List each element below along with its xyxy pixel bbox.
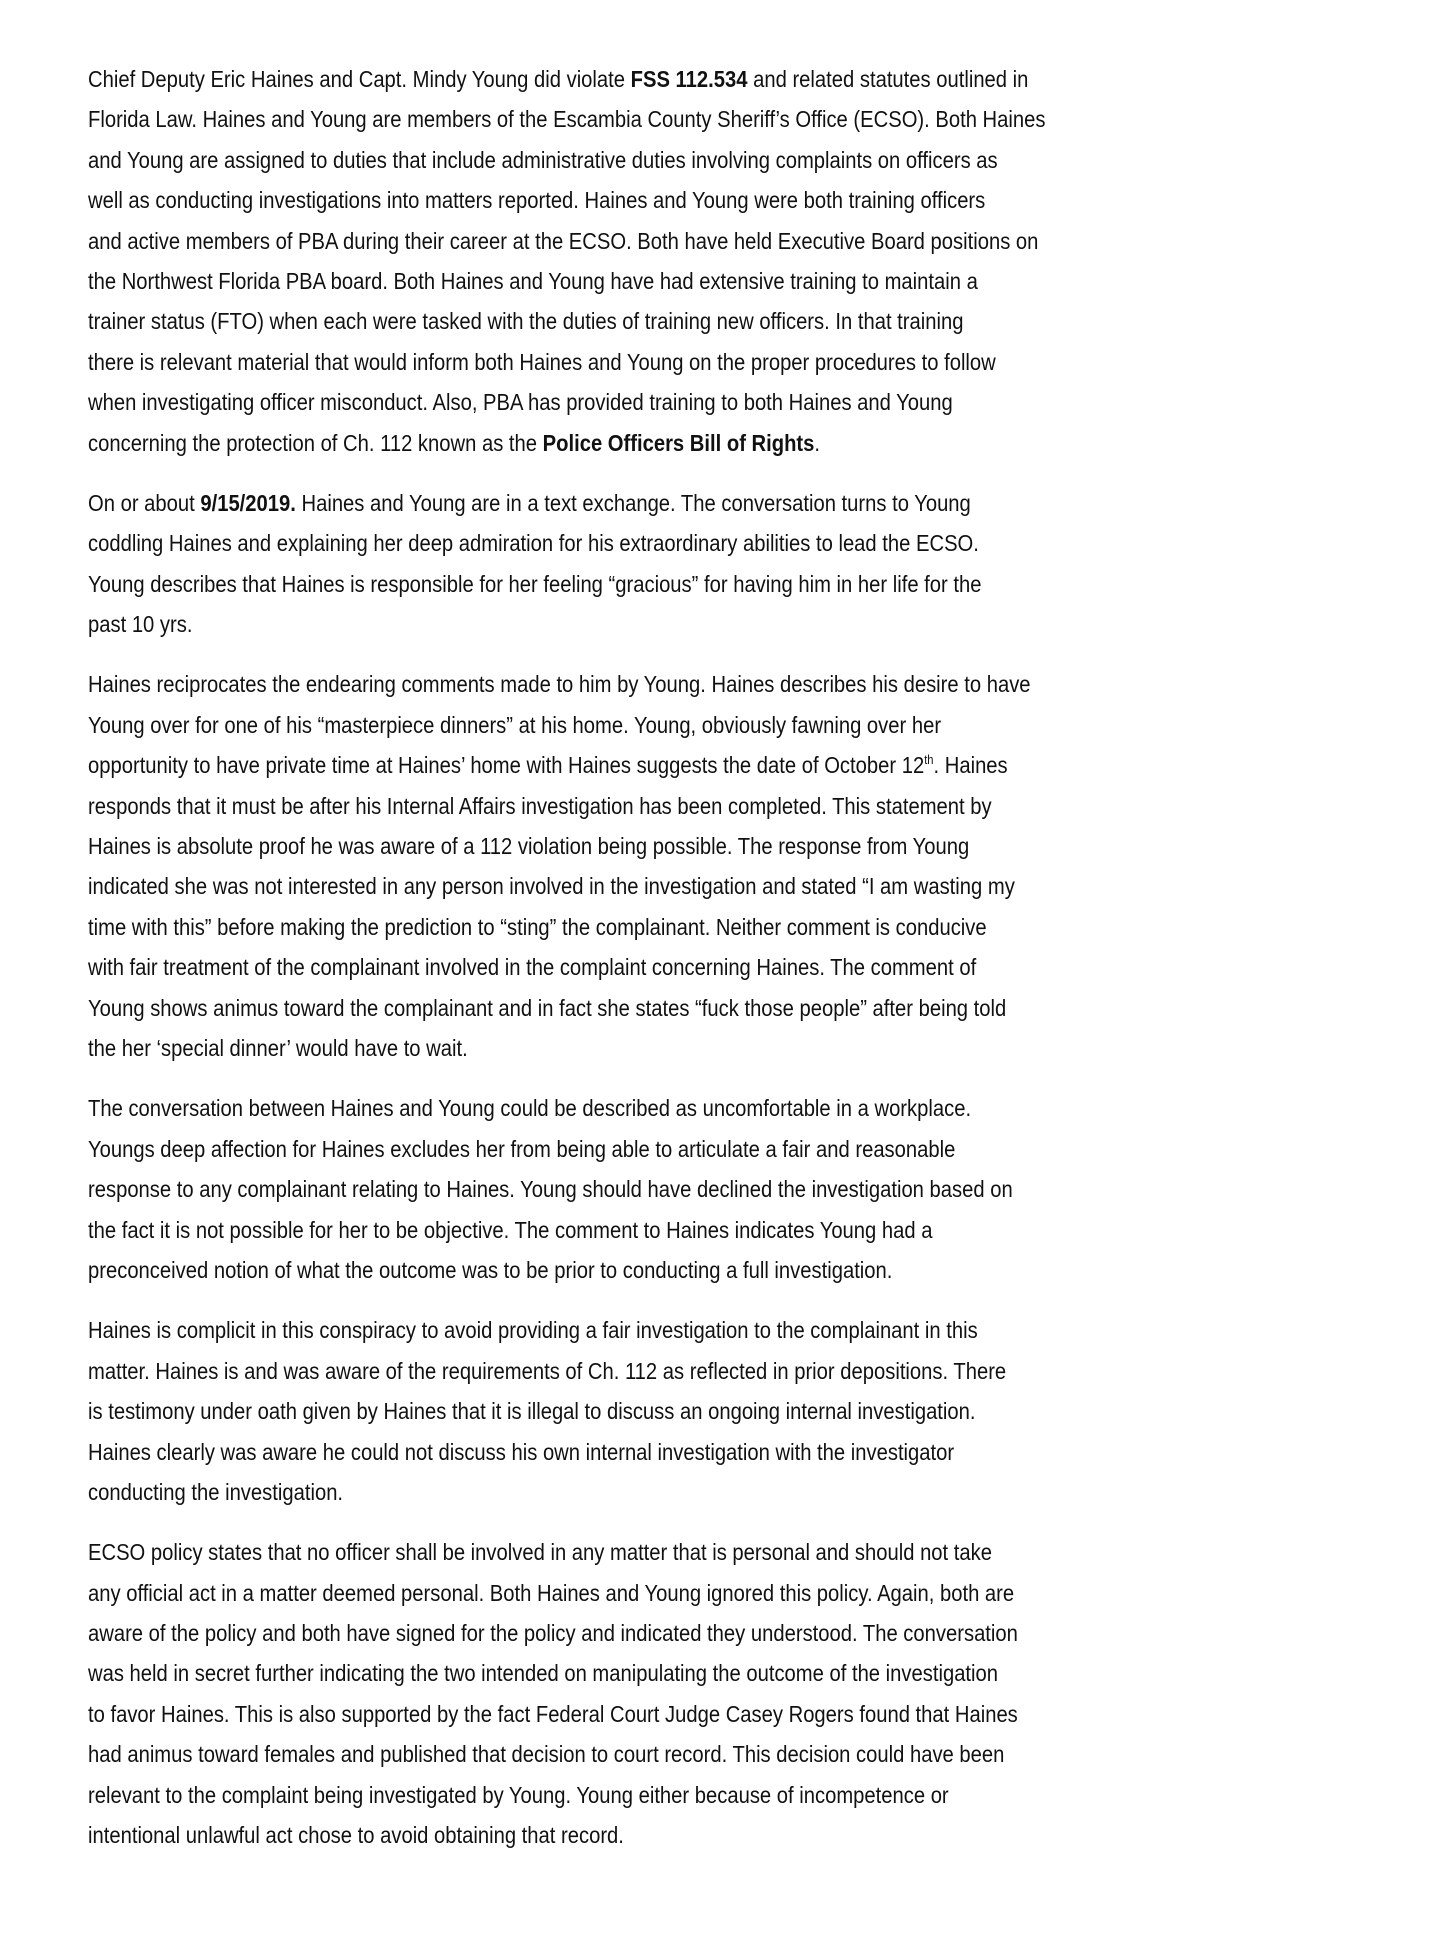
bold-text-run: Police Officers Bill of Rights — [543, 430, 815, 456]
text-line: Young describes that Haines is responsib… — [88, 564, 1223, 604]
text-run: Young over for one of his “masterpiece d… — [88, 712, 941, 738]
text-run: trainer status (FTO) when each were task… — [88, 308, 963, 334]
text-line: Chief Deputy Eric Haines and Capt. Mindy… — [88, 59, 1223, 99]
bold-text-run: 9/15/2019. — [200, 490, 296, 516]
text-line: opportunity to have private time at Hain… — [88, 745, 1223, 785]
text-run: is testimony under oath given by Haines … — [88, 1398, 976, 1424]
text-run: response to any complainant relating to … — [88, 1176, 1013, 1202]
text-line: the Northwest Florida PBA board. Both Ha… — [88, 261, 1223, 301]
text-line: ECSO policy states that no officer shall… — [88, 1532, 1223, 1572]
superscript-text: th — [924, 752, 933, 767]
text-line: Haines clearly was aware he could not di… — [88, 1432, 1223, 1472]
text-line: preconceived notion of what the outcome … — [88, 1250, 1223, 1290]
text-run: Chief Deputy Eric Haines and Capt. Mindy… — [88, 66, 631, 92]
text-line: any official act in a matter deemed pers… — [88, 1573, 1223, 1613]
text-line: coddling Haines and explaining her deep … — [88, 523, 1223, 563]
text-run: Florida Law. Haines and Young are member… — [88, 106, 1045, 132]
text-line: with fair treatment of the complainant i… — [88, 947, 1223, 987]
text-line: indicated she was not interested in any … — [88, 866, 1223, 906]
text-run: aware of the policy and both have signed… — [88, 1620, 1018, 1646]
text-line: the fact it is not possible for her to b… — [88, 1210, 1223, 1250]
text-line: the her ‘special dinner’ would have to w… — [88, 1028, 1223, 1068]
text-line: well as conducting investigations into m… — [88, 180, 1223, 220]
text-line: time with this” before making the predic… — [88, 907, 1223, 947]
text-line: had animus toward females and published … — [88, 1734, 1223, 1774]
text-line: response to any complainant relating to … — [88, 1169, 1223, 1209]
text-run: responds that it must be after his Inter… — [88, 793, 992, 819]
paragraph-4: The conversation between Haines and Youn… — [88, 1088, 1408, 1290]
text-run: Haines is complicit in this conspiracy t… — [88, 1317, 978, 1343]
paragraph-5: Haines is complicit in this conspiracy t… — [88, 1310, 1408, 1512]
text-run: was held in secret further indicating th… — [88, 1660, 998, 1686]
text-run: had animus toward females and published … — [88, 1741, 1004, 1767]
text-line: to favor Haines. This is also supported … — [88, 1694, 1223, 1734]
text-run: the her ‘special dinner’ would have to w… — [88, 1035, 468, 1061]
text-line: was held in secret further indicating th… — [88, 1653, 1223, 1693]
text-run: conducting the investigation. — [88, 1479, 343, 1505]
text-run: Youngs deep affection for Haines exclude… — [88, 1136, 955, 1162]
text-line: relevant to the complaint being investig… — [88, 1775, 1223, 1815]
paragraph-3: Haines reciprocates the endearing commen… — [88, 664, 1408, 1068]
text-line: Haines is absolute proof he was aware of… — [88, 826, 1223, 866]
text-run: when investigating officer misconduct. A… — [88, 389, 953, 415]
text-run: intentional unlawful act chose to avoid … — [88, 1822, 624, 1848]
text-line: Youngs deep affection for Haines exclude… — [88, 1129, 1223, 1169]
text-line: intentional unlawful act chose to avoid … — [88, 1815, 1223, 1855]
text-line: when investigating officer misconduct. A… — [88, 382, 1223, 422]
paragraph-6: ECSO policy states that no officer shall… — [88, 1532, 1408, 1855]
text-line: conducting the investigation. — [88, 1472, 1223, 1512]
text-run: relevant to the complaint being investig… — [88, 1782, 949, 1808]
text-line: Florida Law. Haines and Young are member… — [88, 99, 1223, 139]
text-run: Haines clearly was aware he could not di… — [88, 1439, 954, 1465]
text-line: past 10 yrs. — [88, 604, 1223, 644]
text-run: there is relevant material that would in… — [88, 349, 996, 375]
text-run: the Northwest Florida PBA board. Both Ha… — [88, 268, 978, 294]
text-run: . — [814, 430, 820, 456]
text-run: ECSO policy states that no officer shall… — [88, 1539, 992, 1565]
text-run: time with this” before making the predic… — [88, 914, 987, 940]
text-run: indicated she was not interested in any … — [88, 873, 1015, 899]
text-run: opportunity to have private time at Hain… — [88, 752, 924, 778]
text-run: and active members of PBA during their c… — [88, 228, 1038, 254]
text-run: preconceived notion of what the outcome … — [88, 1257, 892, 1283]
text-run: concerning the protection of Ch. 112 kno… — [88, 430, 543, 456]
text-line: On or about 9/15/2019. Haines and Young … — [88, 483, 1223, 523]
text-line: and Young are assigned to duties that in… — [88, 140, 1223, 180]
text-line: concerning the protection of Ch. 112 kno… — [88, 423, 1223, 463]
text-run: Haines reciprocates the endearing commen… — [88, 671, 1031, 697]
text-run: The conversation between Haines and Youn… — [88, 1095, 971, 1121]
text-line: and active members of PBA during their c… — [88, 221, 1223, 261]
text-run: to favor Haines. This is also supported … — [88, 1701, 1018, 1727]
text-line: Young shows animus toward the complainan… — [88, 988, 1223, 1028]
text-run: well as conducting investigations into m… — [88, 187, 985, 213]
text-run: the fact it is not possible for her to b… — [88, 1217, 932, 1243]
text-run: Young shows animus toward the complainan… — [88, 995, 1006, 1021]
text-line: aware of the policy and both have signed… — [88, 1613, 1223, 1653]
text-line: Haines reciprocates the endearing commen… — [88, 664, 1223, 704]
text-run: and related statutes outlined in — [747, 66, 1028, 92]
text-line: Haines is complicit in this conspiracy t… — [88, 1310, 1223, 1350]
text-run: past 10 yrs. — [88, 611, 192, 637]
text-run: On or about — [88, 490, 200, 516]
paragraph-1: Chief Deputy Eric Haines and Capt. Mindy… — [88, 59, 1408, 463]
text-run: and Young are assigned to duties that in… — [88, 147, 998, 173]
text-run: any official act in a matter deemed pers… — [88, 1580, 1014, 1606]
paragraph-2: On or about 9/15/2019. Haines and Young … — [88, 483, 1408, 645]
text-line: matter. Haines is and was aware of the r… — [88, 1351, 1223, 1391]
bold-text-run: FSS 112.534 — [631, 66, 748, 92]
text-line: there is relevant material that would in… — [88, 342, 1223, 382]
text-line: responds that it must be after his Inter… — [88, 786, 1223, 826]
document-page: Chief Deputy Eric Haines and Capt. Mindy… — [88, 59, 1408, 1875]
text-line: Young over for one of his “masterpiece d… — [88, 705, 1223, 745]
text-line: is testimony under oath given by Haines … — [88, 1391, 1223, 1431]
text-run: matter. Haines is and was aware of the r… — [88, 1358, 1006, 1384]
text-run: Haines and Young are in a text exchange.… — [296, 490, 971, 516]
text-run: coddling Haines and explaining her deep … — [88, 530, 979, 556]
text-run: . Haines — [934, 752, 1008, 778]
text-run: Haines is absolute proof he was aware of… — [88, 833, 969, 859]
text-run: Young describes that Haines is responsib… — [88, 571, 981, 597]
text-line: trainer status (FTO) when each were task… — [88, 301, 1223, 341]
text-line: The conversation between Haines and Youn… — [88, 1088, 1223, 1128]
text-run: with fair treatment of the complainant i… — [88, 954, 976, 980]
